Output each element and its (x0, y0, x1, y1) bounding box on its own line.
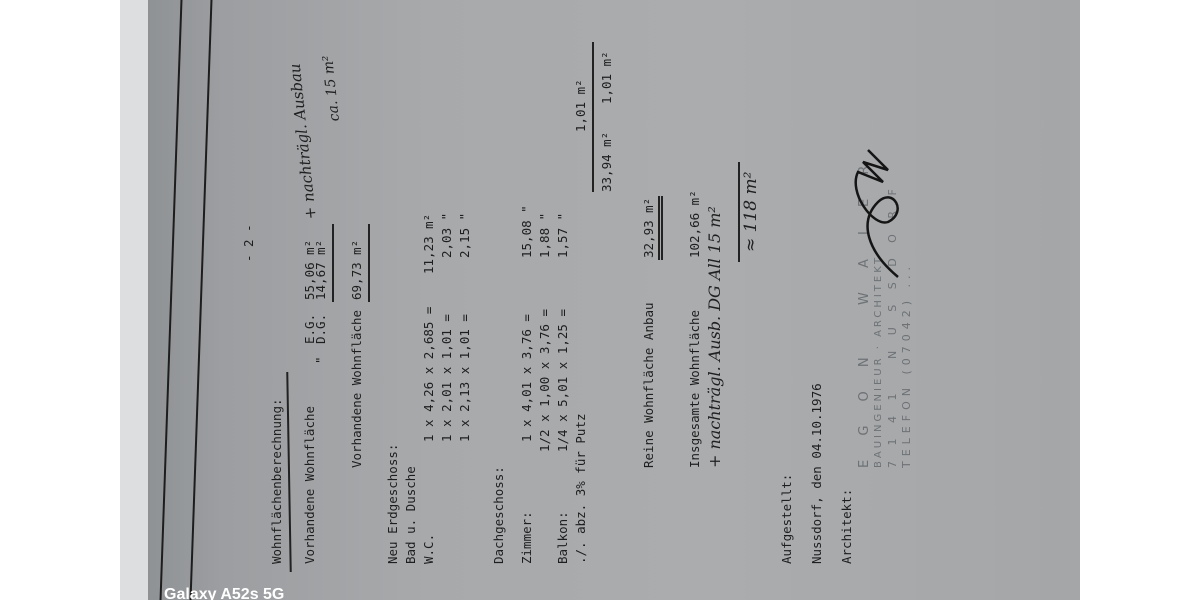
plaster-deduction-value: 1,01 m² (574, 79, 588, 132)
prepared-by-label: Aufgestellt: (780, 474, 794, 564)
room-zimmer: Zimmer: (520, 511, 534, 564)
total-area-value: 102,66 m² (688, 190, 702, 258)
calc-zimmer: 1 x 4,01 x 3,76 = (520, 314, 534, 442)
existing-floor-dg: D.G. (314, 314, 328, 344)
value-balkon: 1,57 " (556, 213, 570, 258)
calc-bath: 1 x 4,26 x 2,685 = (422, 307, 436, 442)
handwritten-extension-area: ca. 15 m² (321, 55, 342, 122)
calc-wc-2: 1 x 2,13 x 1,01 = (458, 314, 472, 442)
subtotal-line (592, 42, 594, 192)
architect-stamp-line2: BAUINGENIEUR · ARCHITEKT (872, 255, 886, 468)
plaster-deduction-label: ./. abz. 3% für Putz (574, 413, 588, 564)
net-extension-value: 32,93 m² (642, 198, 656, 258)
architect-stamp-line4: TELEFON (07042) ... (900, 262, 914, 468)
existing-total-label: Vorhandene Wohnfläche (350, 310, 364, 468)
room-wc: W.C. (422, 534, 436, 564)
handwritten-total-approx: ≈ 118 m² (744, 172, 758, 252)
net-extension-label: Reine Wohnfläche Anbau (642, 302, 656, 468)
value-zimmer: 15,08 " (520, 205, 534, 258)
architect-label: Architekt: (840, 489, 854, 564)
calc-zimmer-2: 1/2 x 1,00 x 3,76 = (538, 309, 552, 452)
value-wc-2: 2,15 " (458, 213, 472, 258)
calc-wc-1: 1 x 2,01 x 1,01 = (440, 314, 454, 442)
camera-watermark: Galaxy A52s 5G (164, 586, 284, 600)
handwritten-extension-note: + nachträgl. Ausbau (288, 63, 318, 220)
attic-heading: Dachgeschoss: (492, 466, 506, 564)
total-underline (368, 224, 370, 302)
double-underline-2 (661, 196, 663, 260)
handwritten-attic-addition: + nachträgl. Ausb. DG All 15 m² (708, 206, 722, 468)
rotated-document-page: - 2 - Wohnflächenberechnung: Vorhandene … (228, 0, 968, 592)
total-area-label: Insgesamte Wohnfläche (688, 310, 702, 468)
page-number: - 2 - (242, 224, 256, 262)
calc-balkon: 1/4 x 5,01 x 1,25 = (556, 309, 570, 452)
double-underline-1 (658, 196, 660, 260)
existing-dg-value: 14,67 m² (314, 240, 328, 300)
attic-gross-subtotal: 33,94 m² (600, 132, 614, 192)
attic-deduction-subtotal: 1,01 m² (600, 51, 614, 104)
place-date: Nussdorf, den 04.10.1976 (810, 383, 824, 564)
value-bath: 11,23 m² (422, 214, 436, 274)
existing-area-label: Vorhandene Wohnfläche (303, 406, 317, 564)
ground-floor-heading: Neu Erdgeschoss: (386, 444, 400, 564)
sum-line (332, 224, 334, 302)
room-balkon: Balkon: (556, 511, 570, 564)
ditto-mark: " (314, 356, 328, 364)
photo-background: - 2 - Wohnflächenberechnung: Vorhandene … (0, 0, 1200, 600)
document-title: Wohnflächenberechnung: (270, 398, 284, 564)
signature-icon (828, 142, 928, 282)
existing-total-value: 69,73 m² (350, 240, 364, 300)
title-underline (286, 372, 291, 572)
handwritten-sum-line (738, 162, 740, 262)
value-wc-1: 2,03 " (440, 213, 454, 258)
room-bath: Bad u. Dusche (404, 466, 418, 564)
value-zimmer-2: 1,88 " (538, 213, 552, 258)
